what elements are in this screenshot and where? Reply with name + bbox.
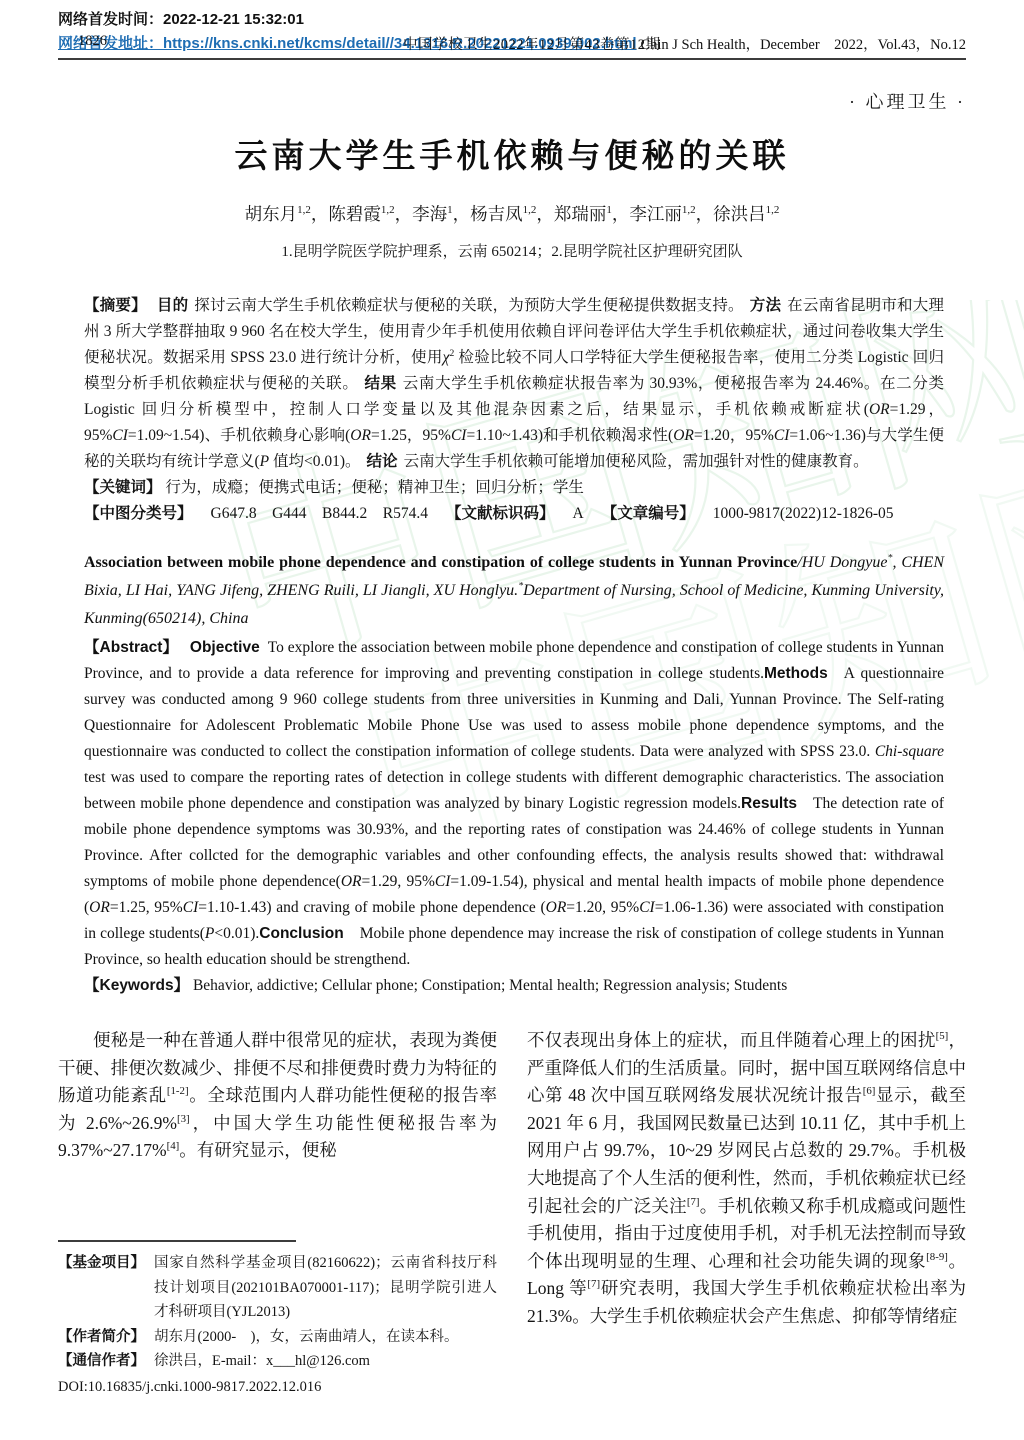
- conclusion-text: 云南大学生手机依赖可能增加便秘风险，需加强针对性的健康教育。: [404, 453, 869, 470]
- intro-paragraph-right: 不仅表现出身体上的症状，而且伴随着心理上的困扰[5]，严重降低人们的生活质量。同…: [527, 1027, 966, 1331]
- doc-code: A: [572, 505, 583, 522]
- journal-title-en: Chin J Sch Health，December 2022，Vol.43，N…: [640, 33, 966, 54]
- header-line2: 网络首发地址：https://kns.cnki.net/kcms/detail/…: [58, 32, 966, 60]
- author-list: 胡东月1,2，陈碧霞1,2，李海1，杨吉凤1,2，郑瑞丽1，李江丽1,2，徐洪吕…: [58, 201, 966, 226]
- abstract-en-label: 【Abstract】: [84, 639, 178, 656]
- author-bio-text: 胡东月(2000- )，女，云南曲靖人，在读本科。: [154, 1325, 497, 1350]
- abstract-label: 【摘要】: [84, 297, 147, 314]
- results-label: 结果: [358, 375, 402, 392]
- preprint-header: 网络首发时间：2022-12-21 15:32:01 网络首发地址：https:…: [58, 8, 966, 114]
- objective-text: 探讨云南大学生手机依赖症状与便秘的关联，为预防大学生便秘提供数据支持。: [194, 297, 743, 314]
- body-columns: 便秘是一种在普通人群中很常见的症状，表现为粪便干硬、排便次数减少、排便不尽和排便…: [58, 1027, 966, 1399]
- objective-label: 目的: [151, 297, 194, 314]
- methods-en-label: Methods: [764, 665, 828, 682]
- author-bio-label: 【作者简介】: [58, 1325, 154, 1350]
- keywords-cn-line: 【关键词】 行为，成瘾；便携式电话；便秘；精神卫生；回归分析；学生: [84, 475, 944, 501]
- section-column-tag: · 心理卫生 ·: [58, 88, 966, 114]
- abstract-cn: 【摘要】 目的探讨云南大学生手机依赖症状与便秘的关联，为预防大学生便秘提供数据支…: [84, 293, 944, 475]
- fund-label: 【基金项目】: [58, 1251, 154, 1325]
- clc-label: 【中图分类号】: [84, 505, 193, 522]
- corresponding-author-item: 【通信作者】 徐洪吕，E-mail：x___hl@126.com: [58, 1349, 497, 1374]
- abstract-en: 【Abstract】 ObjectiveTo explore the assoc…: [84, 635, 944, 973]
- fund-text: 国家自然科学基金项目(82160622)；云南省科技厅科技计划项目(202101…: [154, 1251, 497, 1325]
- journal-title-cn: 中国学校卫生2022年12月第43卷第12期: [403, 33, 661, 54]
- clc-numbers: G647.8 G444 B844.2 R574.4: [211, 505, 428, 522]
- page-number: 1826: [78, 33, 107, 50]
- results-en-label: Results: [741, 795, 797, 812]
- results-en-text: The detection rate of mobile phone depen…: [84, 795, 944, 942]
- article-title: 云南大学生手机依赖与便秘的关联: [58, 130, 966, 177]
- corresponding-author-text[interactable]: 徐洪吕，E-mail：x___hl@126.com: [154, 1349, 497, 1374]
- right-column: 不仅表现出身体上的症状，而且伴随着心理上的困扰[5]，严重降低人们的生活质量。同…: [527, 1027, 966, 1399]
- keywords-en-label: 【Keywords】: [84, 977, 189, 994]
- journal-page: 网络首发时间：2022-12-21 15:32:01 网络首发地址：https:…: [0, 0, 1024, 1440]
- footnote-divider: [58, 1240, 296, 1242]
- conclusion-label: 结论: [361, 453, 404, 470]
- objective-en-label: Objective: [182, 639, 268, 656]
- article-no: 1000-9817(2022)12-1826-05: [713, 505, 894, 522]
- affiliation-line: 1.昆明学院医学院护理系，云南 650214；2.昆明学院社区护理研究团队: [58, 240, 966, 261]
- footnote-block: 【基金项目】 国家自然科学基金项目(82160622)；云南省科技厅科技计划项目…: [58, 1240, 497, 1399]
- methods-label: 方法: [744, 297, 787, 314]
- doi-line: DOI:10.16835/j.cnki.1000-9817.2022.12.01…: [58, 1375, 497, 1400]
- keywords-cn-label: 【关键词】: [84, 479, 162, 496]
- author-bio-item: 【作者简介】 胡东月(2000- )，女，云南曲靖人，在读本科。: [58, 1325, 497, 1350]
- left-column: 便秘是一种在普通人群中很常见的症状，表现为粪便干硬、排便次数减少、排便不尽和排便…: [58, 1027, 497, 1399]
- methods-en-text: A questionnaire survey was conducted amo…: [84, 665, 944, 812]
- journal-header-line: 1826 中国学校卫生2022年12月第43卷第12期 Chin J Sch H…: [58, 33, 966, 57]
- doc-code-label: 【文献标识码】: [446, 505, 555, 522]
- keywords-cn: 行为，成瘾；便携式电话；便秘；精神卫生；回归分析；学生: [165, 479, 584, 496]
- fund-item: 【基金项目】 国家自然科学基金项目(82160622)；云南省科技厅科技计划项目…: [58, 1251, 497, 1325]
- english-title-block: Association between mobile phone depende…: [84, 549, 944, 633]
- preprint-time: 网络首发时间：2022-12-21 15:32:01: [58, 8, 966, 29]
- article-no-label: 【文章编号】: [602, 505, 695, 522]
- corresponding-author-label: 【通信作者】: [58, 1349, 154, 1374]
- conclusion-en-label: Conclusion: [259, 925, 343, 942]
- intro-paragraph-left: 便秘是一种在普通人群中很常见的症状，表现为粪便干硬、排便次数减少、排便不尽和排便…: [58, 1027, 497, 1165]
- abstract-section: 【摘要】 目的探讨云南大学生手机依赖症状与便秘的关联，为预防大学生便秘提供数据支…: [84, 293, 944, 999]
- clc-line: 【中图分类号】G647.8 G444 B844.2 R574.4【文献标识码】A…: [84, 501, 944, 527]
- keywords-en-line: 【Keywords】 Behavior, addictive; Cellular…: [84, 973, 944, 999]
- keywords-en: Behavior, addictive; Cellular phone; Con…: [193, 977, 787, 994]
